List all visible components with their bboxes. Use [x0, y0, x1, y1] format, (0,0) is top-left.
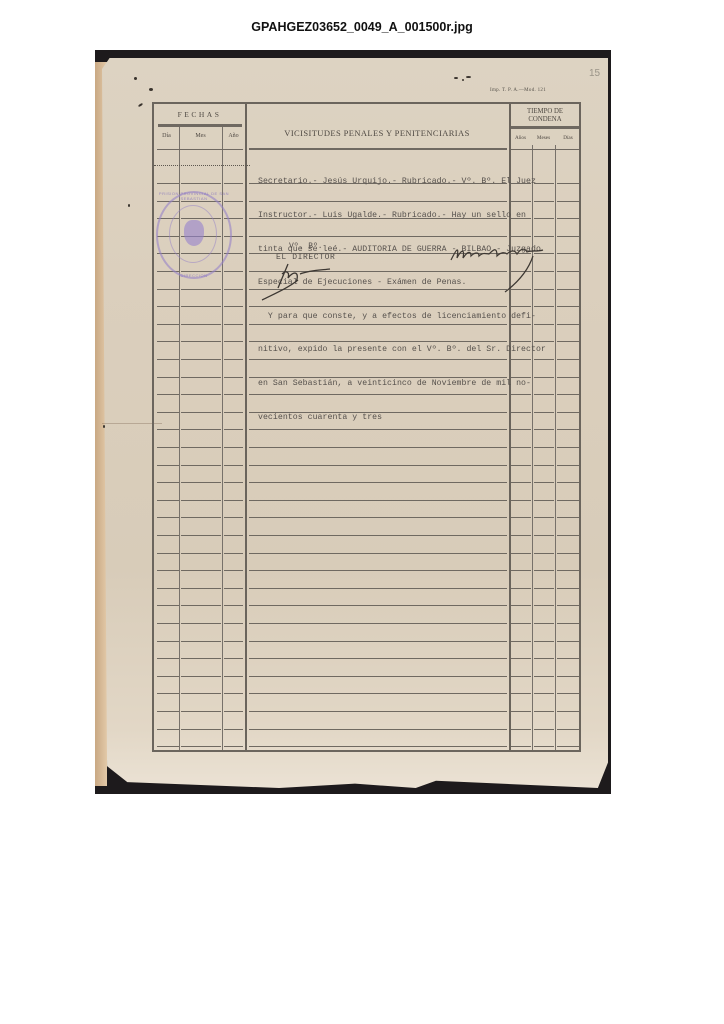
row-rule	[557, 729, 579, 730]
row-rule	[511, 693, 531, 694]
row-rule	[511, 711, 531, 712]
header-ano: Año	[222, 133, 245, 139]
row-rule	[181, 500, 221, 501]
director-signature	[260, 260, 340, 305]
file-title: GPAHGEZ03652_0049_A_001500r.jpg	[0, 20, 724, 34]
row-rule	[181, 570, 221, 571]
row-rule	[224, 377, 243, 378]
row-rule	[249, 605, 507, 606]
header-main-title: VICISITUDES PENALES Y PENITENCIARIAS	[245, 128, 509, 138]
row-rule	[511, 535, 531, 536]
row-rule	[557, 447, 579, 448]
row-rule	[157, 605, 179, 606]
row-rule	[534, 500, 554, 501]
ink-speck	[134, 77, 137, 80]
stamp-bottom-text: DIRECCION	[158, 273, 230, 278]
header-anos: Años	[509, 135, 532, 141]
ink-speck	[149, 88, 153, 91]
row-rule	[557, 535, 579, 536]
row-rule	[157, 183, 179, 184]
row-rule	[181, 306, 221, 307]
row-rule	[557, 482, 579, 483]
row-rule	[157, 341, 179, 342]
row-rule	[511, 447, 531, 448]
row-rule	[181, 553, 221, 554]
row-rule	[557, 570, 579, 571]
coat-of-arms-icon	[184, 220, 204, 246]
row-rule	[157, 729, 179, 730]
row-rule	[157, 500, 179, 501]
row-rule	[534, 588, 554, 589]
row-rule	[181, 605, 221, 606]
row-rule	[181, 465, 221, 466]
row-rule	[224, 429, 243, 430]
row-rule	[534, 605, 554, 606]
row-rule	[181, 729, 221, 730]
row-rule	[224, 183, 243, 184]
typed-line: Y para que conste, y a efectos de licenc…	[258, 311, 598, 322]
row-rule	[181, 377, 221, 378]
row-rule	[157, 746, 179, 747]
row-rule	[181, 588, 221, 589]
imprint-reference: Imp. T. P. A.—Mod. 121	[490, 88, 546, 93]
row-rule	[249, 570, 507, 571]
header-dias: Días	[555, 135, 581, 141]
ink-speck	[128, 204, 130, 207]
row-rule	[157, 447, 179, 448]
row-rule	[249, 623, 507, 624]
row-rule	[224, 306, 243, 307]
row-rule	[181, 746, 221, 747]
header-bottom-line	[511, 149, 579, 150]
row-rule	[534, 535, 554, 536]
typed-line: vecientos cuarenta y tres	[258, 412, 598, 423]
row-rule	[181, 641, 221, 642]
row-rule	[557, 588, 579, 589]
typed-line: en San Sebastián, a veinticinco de Novie…	[258, 378, 598, 389]
row-rule	[249, 588, 507, 589]
row-rule	[249, 676, 507, 677]
row-rule	[557, 605, 579, 606]
row-rule	[249, 447, 507, 448]
row-rule	[534, 570, 554, 571]
row-rule	[557, 465, 579, 466]
row-rule	[157, 377, 179, 378]
row-rule	[181, 341, 221, 342]
row-rule	[511, 729, 531, 730]
typed-line: nitivo, expido la presente con el Vº. Bº…	[258, 344, 598, 355]
row-rule	[249, 711, 507, 712]
row-rule	[157, 429, 179, 430]
row-rule	[157, 517, 179, 518]
row-rule	[511, 746, 531, 747]
row-rule	[249, 693, 507, 694]
row-rule	[511, 605, 531, 606]
row-rule	[511, 465, 531, 466]
row-rule	[181, 535, 221, 536]
ink-speck	[454, 77, 458, 79]
row-rule	[557, 658, 579, 659]
ink-speck	[466, 76, 471, 78]
row-rule	[157, 359, 179, 360]
row-rule	[224, 553, 243, 554]
row-rule	[224, 729, 243, 730]
row-rule	[157, 711, 179, 712]
row-rule	[157, 570, 179, 571]
row-rule	[181, 623, 221, 624]
row-rule	[249, 465, 507, 466]
row-rule	[224, 588, 243, 589]
row-rule	[249, 517, 507, 518]
dotted-separator	[154, 165, 250, 166]
row-rule	[511, 641, 531, 642]
row-rule	[224, 570, 243, 571]
row-rule	[181, 429, 221, 430]
row-rule	[511, 676, 531, 677]
row-rule	[224, 465, 243, 466]
row-rule	[157, 553, 179, 554]
row-rule	[534, 623, 554, 624]
row-rule	[511, 623, 531, 624]
row-rule	[224, 535, 243, 536]
row-rule	[224, 658, 243, 659]
row-rule	[157, 641, 179, 642]
row-rule	[557, 553, 579, 554]
row-rule	[157, 289, 179, 290]
row-rule	[224, 359, 243, 360]
row-rule	[511, 658, 531, 659]
row-rule	[181, 658, 221, 659]
row-rule	[157, 324, 179, 325]
row-rule	[511, 517, 531, 518]
row-rule	[557, 517, 579, 518]
official-stamp: PRISION PROVINCIAL DE SAN SEBASTIAN DIRE…	[156, 191, 232, 279]
row-rule	[224, 271, 243, 272]
col-divider-fechas-main	[245, 104, 247, 750]
row-rule	[157, 465, 179, 466]
row-rule	[224, 289, 243, 290]
row-rule	[511, 588, 531, 589]
official-signature	[445, 240, 555, 295]
row-rule	[181, 359, 221, 360]
row-rule	[511, 553, 531, 554]
row-rule	[224, 394, 243, 395]
row-rule	[157, 658, 179, 659]
row-rule	[181, 412, 221, 413]
row-rule	[224, 676, 243, 677]
row-rule	[224, 711, 243, 712]
row-rule	[249, 535, 507, 536]
row-rule	[511, 482, 531, 483]
row-rule	[557, 746, 579, 747]
row-rule	[557, 623, 579, 624]
row-rule	[157, 482, 179, 483]
row-rule	[534, 553, 554, 554]
header-fechas-underline	[158, 124, 242, 127]
typed-line: Secretario.- Jesús Urquijo.- Rubricado.-…	[258, 176, 598, 187]
row-rule	[181, 711, 221, 712]
row-rule	[534, 658, 554, 659]
header-fechas: FECHAS	[154, 110, 245, 119]
row-rule	[249, 746, 507, 747]
page-number: 15	[589, 68, 600, 79]
row-rule	[511, 570, 531, 571]
row-rule	[249, 641, 507, 642]
row-rule	[181, 693, 221, 694]
row-rule	[224, 517, 243, 518]
row-rule	[224, 482, 243, 483]
row-rule	[224, 746, 243, 747]
row-rule	[534, 693, 554, 694]
row-rule	[181, 482, 221, 483]
header-meses: Meses	[532, 135, 555, 141]
visto-bueno-label: Vº. Bº.	[289, 242, 323, 251]
row-rule	[157, 676, 179, 677]
ink-speck	[103, 425, 105, 428]
row-rule	[534, 482, 554, 483]
row-rule	[557, 711, 579, 712]
header-tiempo-de: TIEMPO DE	[509, 108, 581, 115]
row-rule	[181, 517, 221, 518]
row-rule	[181, 289, 221, 290]
row-rule	[157, 693, 179, 694]
row-rule	[249, 482, 507, 483]
header-bottom-line	[249, 148, 507, 150]
header-mes: Mes	[179, 133, 222, 139]
row-rule	[534, 641, 554, 642]
header-tiempo-underline	[511, 126, 579, 129]
row-rule	[534, 517, 554, 518]
row-rule	[557, 676, 579, 677]
row-rule	[557, 693, 579, 694]
row-rule	[157, 306, 179, 307]
stamp-top-text: PRISION PROVINCIAL DE SAN SEBASTIAN	[158, 191, 230, 201]
row-rule	[534, 447, 554, 448]
row-rule	[181, 676, 221, 677]
stamp-inner-ring	[169, 205, 217, 263]
row-rule	[511, 500, 531, 501]
row-rule	[249, 500, 507, 501]
row-rule	[157, 588, 179, 589]
row-rule	[224, 641, 243, 642]
row-rule	[557, 500, 579, 501]
row-rule	[224, 605, 243, 606]
ink-speck	[462, 79, 464, 81]
row-rule	[224, 412, 243, 413]
row-rule	[557, 641, 579, 642]
row-rule	[157, 412, 179, 413]
row-rule	[534, 729, 554, 730]
row-rule	[181, 183, 221, 184]
row-rule	[181, 394, 221, 395]
row-rule	[224, 693, 243, 694]
header-condena: CONDENA	[509, 116, 581, 123]
row-rule	[157, 394, 179, 395]
row-rule	[224, 500, 243, 501]
row-rule	[249, 553, 507, 554]
row-rule	[224, 447, 243, 448]
row-rule	[534, 711, 554, 712]
row-rule	[534, 465, 554, 466]
row-rule	[534, 746, 554, 747]
row-rule	[157, 623, 179, 624]
header-dia: Día	[154, 133, 179, 139]
row-rule	[224, 324, 243, 325]
row-rule	[157, 535, 179, 536]
row-rule	[249, 729, 507, 730]
row-rule	[224, 341, 243, 342]
row-rule	[534, 676, 554, 677]
typed-line: Instructor.- Luis Ugalde.- Rubricado.- H…	[258, 210, 598, 221]
header-bottom-line	[157, 149, 243, 150]
row-rule	[181, 447, 221, 448]
row-rule	[249, 658, 507, 659]
row-rule	[224, 623, 243, 624]
row-rule	[181, 324, 221, 325]
